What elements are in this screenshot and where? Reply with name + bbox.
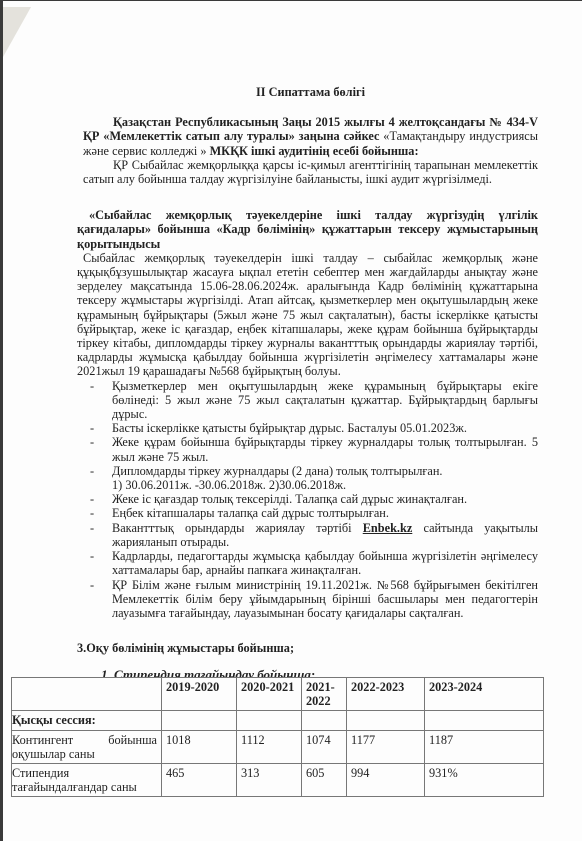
findings-list: Қызметкерлер мен оқытушылардың жеке құра… <box>83 379 538 620</box>
table-cell: 465 <box>162 764 237 797</box>
table-cell: 1187 <box>425 730 544 763</box>
stipend-table: 2019-2020 2020-2021 2021-2022 2022-2023 … <box>11 677 544 797</box>
table-cell: 1177 <box>347 730 425 763</box>
table-cell: 605 <box>302 764 347 797</box>
table-header-cell: 2020-2021 <box>237 678 302 711</box>
page-fold-corner <box>3 7 31 57</box>
document-page: II Сипаттама бөлігі Қазақстан Республика… <box>3 1 582 841</box>
finding-item: Дипломдарды тіркеу журналдары (2 дана) т… <box>83 464 538 492</box>
finding-text: Дипломдарды тіркеу журналдары (2 дана) т… <box>112 464 443 478</box>
table-cell: 994 <box>347 764 425 797</box>
finding-item: Қызметкерлер мен оқытушылардың жеке құра… <box>83 379 538 422</box>
intro-audit-heading: МКҚК ішкі аудитінің есебі бойынша: <box>210 144 419 158</box>
kadr-body-paragraph: Сыбайлас жемқорлық тәуекелдерін ішкі тал… <box>77 251 538 379</box>
table-cell: 1112 <box>237 730 302 763</box>
finding-item: Кадрларды, педагогтарды жұмысқа қабылдау… <box>83 549 538 577</box>
finding-text: Вакантттық орындарды жариялау тәртібі <box>112 521 363 535</box>
table-cell: 1018 <box>162 730 237 763</box>
document-body: II Сипаттама бөлігі Қазақстан Республика… <box>83 85 538 739</box>
table-header-cell: 2021-2022 <box>302 678 347 711</box>
table-header-row: 2019-2020 2020-2021 2021-2022 2022-2023 … <box>12 678 544 711</box>
table-section-label: Қысқы сессия: <box>12 711 162 730</box>
finding-item: Жеке құрам бойынша бұйрықтарды тіркеу жу… <box>83 435 538 463</box>
kadr-heading: «Сыбайлас жемқорлық тәуекелдеріне ішкі т… <box>77 208 538 251</box>
table-cell: 313 <box>237 764 302 797</box>
table-header-cell: 2022-2023 <box>347 678 425 711</box>
intro-paragraph: Қазақстан Республикасының Заңы 2015 жылғ… <box>83 115 538 158</box>
finding-item: Вакантттық орындарды жариялау тәртібі En… <box>83 521 538 549</box>
study-dept-heading: 3.Оқу бөлімінің жұмыстары бойынша; <box>77 641 538 655</box>
section-title: II Сипаттама бөлігі <box>83 85 538 99</box>
table-row-label: Контингентбойынша оқушылар саны <box>12 730 162 763</box>
table-cell: 1074 <box>302 730 347 763</box>
finding-item: Басты іскерлікке қатысты бұйрықтар дұрыс… <box>83 421 538 435</box>
finding-item: Жеке іс қағаздар толық тексерілді. Талап… <box>83 492 538 506</box>
table-header-cell <box>12 678 162 711</box>
table-header-cell: 2023-2024 <box>425 678 544 711</box>
table-row: Стипендия тағайындалғандар саны 465 313 … <box>12 764 544 797</box>
table-section-row: Қысқы сессия: <box>12 711 544 730</box>
table-header-cell: 2019-2020 <box>162 678 237 711</box>
table-cell: 931% <box>425 764 544 797</box>
audit-note: ҚР Сыбайлас жемқорлыққа қарсы іс-қимыл а… <box>83 158 538 186</box>
finding-dates: 1) 30.06.2011ж. -30.06.2018ж. 2)30.06.20… <box>112 478 346 492</box>
table-row-label: Стипендия тағайындалғандар саны <box>12 764 162 797</box>
finding-item: ҚР Білім және ғылым министрінің 19.11.20… <box>83 578 538 621</box>
finding-item: Еңбек кітапшалары талапқа сай дұрыс толт… <box>83 506 538 520</box>
enbek-link[interactable]: Enbek.kz <box>363 521 413 535</box>
table-row: Контингентбойынша оқушылар саны 1018 111… <box>12 730 544 763</box>
